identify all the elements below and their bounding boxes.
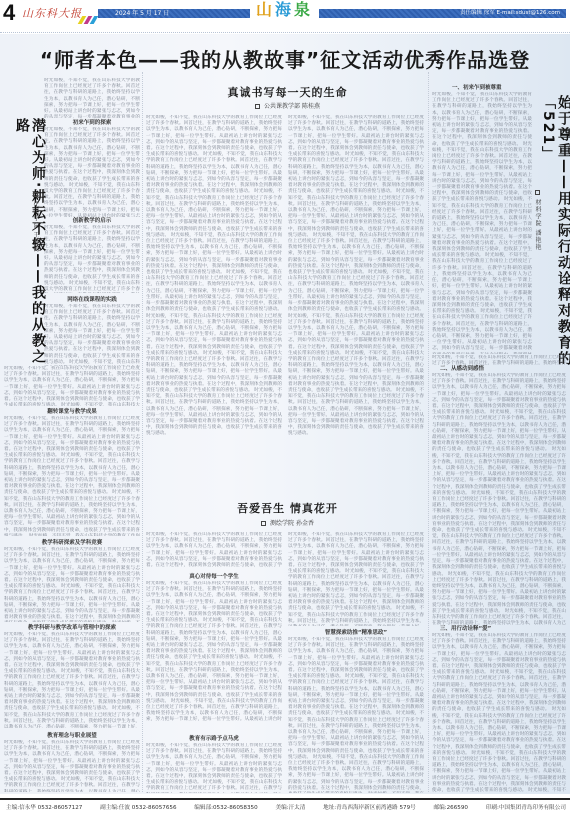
byline: 化工学院 王冬梅 — [31, 192, 40, 253]
printer: 印刷:中国集团青岛印务有限公司 — [486, 803, 566, 811]
subheading: 网络在线课程的实践 — [44, 295, 140, 303]
article-body: 时光如梭，不知不觉，我在山东科技大学的教育工作岗位上已经度过了许多个春秋。回首过… — [44, 304, 140, 366]
subheading: 教育有示路予点马虎 — [146, 734, 282, 742]
masthead: 4 山东科大报 2024 年 5 月 17 日 山海泉 责任编辑 徐军 E-ma… — [0, 0, 570, 28]
postcode: 邮编:266590 — [434, 803, 468, 811]
divider — [0, 32, 570, 33]
subheading: 教学科研与教学改革与管理中的探索 — [4, 623, 140, 631]
editor-info: 责任编辑 徐军 E-mail:sdust@126.com — [460, 9, 560, 18]
subheading: 翻转课堂与教学成果 — [4, 407, 140, 415]
article-body: 时光如梭，不知不觉，我在山东科技大学的教育工作岗位上已经度过了许多个春秋。回首过… — [288, 532, 424, 626]
article-title: 始于尊重——用实际行动诠释对教育的「521」 — [540, 95, 570, 395]
page-title: “师者本色——我的从教故事”征文活动优秀作品选登 — [0, 44, 570, 73]
article-body: 时光如梭，不知不觉，我在山东科技大学的教育工作岗位上已经度过了许多个春秋。回首过… — [432, 92, 532, 354]
subheading: 初来乍到的探索 — [44, 118, 140, 126]
article-body: 时光如梭，不知不觉，我在山东科技大学的教育工作岗位上已经度过了许多个春秋。回首过… — [44, 127, 140, 217]
deputy-editor: 副主编:任波 0532-86057656 — [100, 803, 176, 811]
article-body: 时光如梭，不知不觉，我在山东科技大学的教育工作岗位上已经度过了许多个春秋。回首过… — [288, 637, 424, 793]
article-body: 时光如梭，不知不觉，我在山东科技大学的教育工作岗位上已经度过了许多个春秋。回首过… — [4, 547, 140, 622]
issue-date: 2024 年 5 月 17 日 — [115, 9, 169, 18]
byline-box-icon — [535, 190, 540, 195]
art-editor: 美编:汗太清 — [275, 803, 305, 811]
article-body: 时光如梭，不知不觉，我在山东科技大学的教育工作岗位上已经度过了许多个春秋。回首过… — [146, 532, 282, 568]
article-body: 时光如梭，不知不觉，我在山东科技大学的教育工作岗位上已经度过了许多个春秋。回首过… — [4, 366, 140, 406]
article-body: 时光如梭，不知不觉，我在山东科技大学的教育工作岗位上已经度过了许多个春秋。回首过… — [4, 740, 140, 792]
chief-editor: 主编:信永华 0532-86057127 — [6, 803, 82, 811]
article-body: 时光如梭，不知不觉，我在山东科技大学的教育工作岗位上已经度过了许多个春秋。回首过… — [4, 416, 140, 536]
article-body: 时光如梭，不知不觉，我在山东科技大学的教育工作岗位上已经度过了许多个春秋。回首过… — [44, 225, 140, 293]
byline: 公共课教学部 陈桂燕 — [145, 101, 430, 110]
subheading: 真心对待每一个学生 — [146, 572, 282, 580]
article-body: 时光如梭，不知不觉，我在山东科技大学的教育工作岗位上已经度过了许多个春秋。回首过… — [432, 633, 566, 793]
color-stripes-icon — [80, 9, 102, 17]
article-body: 时光如梭，不知不觉，我在山东科技大学的教育工作岗位上已经度过了许多个春秋。回首过… — [146, 743, 282, 793]
subheading: 三、用行动诠释“爱” — [440, 624, 560, 632]
article-body: 时光如梭，不知不觉，我在山东科技大学的教育工作岗位上已经度过了许多个春秋。回首过… — [288, 115, 424, 485]
footer-divider — [0, 798, 570, 800]
article-title: 潜心为师·耕耘不辍——我的从教之路 — [14, 118, 46, 368]
address: 地址:青岛西海岸新区前湾港路 579号 — [323, 803, 416, 811]
byline: 材料学院 潘艳艳 — [533, 190, 542, 251]
column-divider — [142, 72, 143, 792]
article-title: 真诚书写每一天的生命 — [145, 84, 430, 100]
editorial-dept: 编辑部:0532-86058350 — [194, 803, 257, 811]
article-title: 吾爱吾生 情真花开 — [145, 500, 430, 516]
subheading: 一、初来乍到被尊重 — [452, 83, 532, 91]
article-body: 时光如梭，不知不觉，我在山东科技大学的教育工作岗位上已经度过了许多个春秋。回首过… — [44, 78, 140, 118]
subheading: 创新教学的启示 — [44, 216, 140, 224]
footer: 主编:信永华 0532-86057127 副主编:任波 0532-8605765… — [6, 803, 566, 811]
article-body: 时光如梭，不知不觉，我在山东科技大学的教育工作岗位上已经度过了许多个春秋。回首过… — [4, 632, 140, 728]
byline-box-icon — [255, 104, 260, 109]
article-body: 时光如梭，不知不觉，我在山东科技大学的教育工作岗位上已经度过了许多个春秋。回首过… — [146, 115, 282, 485]
column-divider — [428, 72, 429, 792]
subheading: 教学科研探索及学科竞赛 — [4, 538, 140, 546]
byline-box-icon — [261, 521, 266, 526]
subheading: 二、从感动到感悟 — [440, 364, 560, 372]
page-number: 4 — [3, 2, 15, 24]
byline-box-icon — [33, 192, 38, 197]
subheading: 教育理念与职业展望 — [4, 731, 140, 739]
article-body: 时光如梭，不知不觉，我在山东科技大学的教育工作岗位上已经度过了许多个春秋。回首过… — [432, 373, 566, 625]
newspaper-name: 山东科大报 — [22, 5, 82, 21]
article-body: 时光如梭，不知不觉，我在山东科技大学的教育工作岗位上已经度过了许多个春秋。回首过… — [146, 581, 282, 721]
section-name: 山海泉 — [250, 0, 319, 20]
subheading: 智慧探索助推“精准思政” — [288, 628, 424, 636]
byline: 测绘学院 孙金香 — [145, 518, 430, 527]
